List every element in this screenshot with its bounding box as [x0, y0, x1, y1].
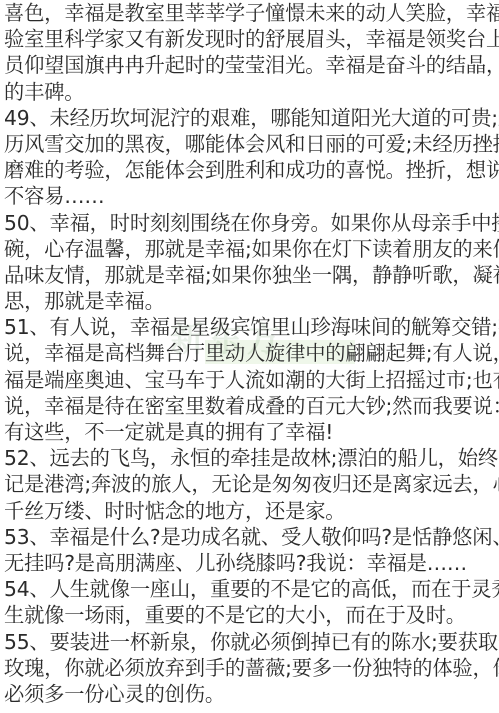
- text-line: 53、幸福是什么?是功成名就、受人敬仰吗?是恬静悠闲、无牵: [4, 524, 499, 550]
- text-line: 54、人生就像一座山，重要的不是它的高低，而在于灵秀;人: [4, 576, 499, 602]
- text-line: 验室里科学家又有新发现时的舒展眉头，幸福是领奖台上运动: [4, 26, 499, 52]
- text-line: 49、未经历坎坷泥泞的艰难，哪能知道阳光大道的可贵;未经: [4, 105, 499, 131]
- text-line: 无挂吗?是高朋满座、儿孙绕膝吗?我说：幸福是……: [4, 550, 499, 576]
- text-line: 不容易……: [4, 183, 499, 209]
- text-line: 有这些，不一定就是真的拥有了幸福!: [4, 419, 499, 445]
- text-line: 员仰望国旗冉冉升起时的莹莹泪光。幸福是奋斗的结晶，勤劳: [4, 52, 499, 78]
- text-line: 的丰碑。: [4, 79, 499, 105]
- text-line: 磨难的考验，怎能体会到胜利和成功的喜悦。挫折，想说恨你: [4, 157, 499, 183]
- text-line: 说，幸福是待在密室里数着成叠的百元大钞;然而我要说：拥: [4, 393, 499, 419]
- text-line: 历风雪交加的黑夜，哪能体会风和日丽的可爱;未经历挫折和: [4, 131, 499, 157]
- text-line: 思，那就是幸福。: [4, 288, 499, 314]
- text-line: 55、要装进一杯新泉，你就必须倒掉已有的陈水;要获取一枝: [4, 629, 499, 655]
- text-line: 说，幸福是高档舞台厅里动人旋律中的翩翩起舞;有人说，幸: [4, 340, 499, 366]
- text-line: 品味友情，那就是幸福;如果你独坐一隅，静静听歌，凝神遐: [4, 262, 499, 288]
- text-line: 碗，心存温馨，那就是幸福;如果你在灯下读着朋友的来信，: [4, 236, 499, 262]
- text-line: 玫瑰，你就必须放弃到手的蔷薇;要多一份独特的体验，你就: [4, 655, 499, 681]
- text-line: 记是港湾;奔波的旅人，无论是匆匆夜归还是离家远去，心中: [4, 471, 499, 497]
- text-line: 52、远去的飞鸟，永恒的牵挂是故林;漂泊的船儿，始终的惦: [4, 445, 499, 471]
- text-line: 千丝万缕、时时惦念的地方，还是家。: [4, 498, 499, 524]
- text-line: 生就像一场雨，重要的不是它的大小，而在于及时。: [4, 602, 499, 628]
- text-line: 50、幸福，时时刻刻围绕在你身旁。如果你从母亲手中接过饭: [4, 210, 499, 236]
- document-page: 喜色，幸福是教室里莘莘学子憧憬未来的动人笑脸，幸福是实 验室里科学家又有新发现时…: [4, 0, 499, 707]
- text-line: 必须多一份心灵的创伤。: [4, 681, 499, 707]
- text-line: 51、有人说，幸福是星级宾馆里山珍海味间的觥筹交错;有人: [4, 314, 499, 340]
- text-line: 福是端座奥迪、宝马车于人流如潮的大街上招摇过市;也有人: [4, 367, 499, 393]
- text-line: 喜色，幸福是教室里莘莘学子憧憬未来的动人笑脸，幸福是实: [4, 0, 499, 26]
